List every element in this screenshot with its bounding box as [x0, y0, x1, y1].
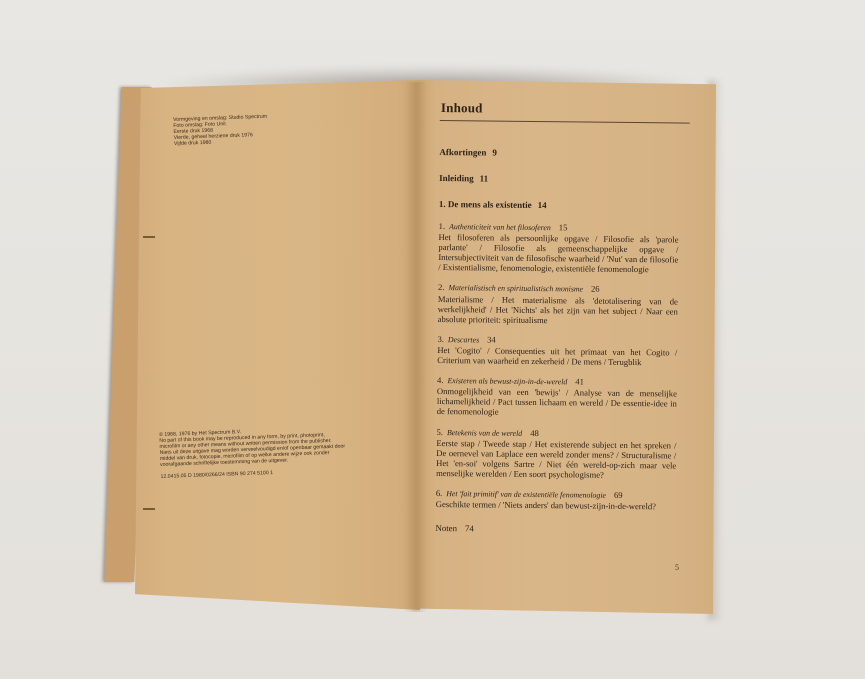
open-book: Vormgeving en omslag: Studio Spectrum Fo…: [0, 0, 865, 679]
section-summary: Het 'Cogito' / Consequenties uit het pri…: [437, 345, 677, 367]
binding-stitch: [143, 236, 155, 238]
section-summary: Het filosoferen als persoonlijke opgave …: [438, 232, 678, 274]
section-summary: Geschikte termen / 'Niets anders' dan be…: [436, 499, 656, 511]
colophon-credits: Vormgeving en omslag: Studio Spectrum Fo…: [173, 114, 268, 148]
toc-section: 6.Het 'fait primitif' van de existentiël…: [436, 488, 676, 512]
toc-section: 1.Authenticiteit van het filosoferen15 H…: [438, 221, 679, 275]
toc-chapter: 1. De mens als existentie14: [439, 199, 679, 212]
section-summary: Eerste stap / Tweede stap / Het existere…: [436, 438, 676, 480]
toc-page: 9: [492, 148, 497, 158]
section-title: Betekenis van de wereld: [447, 428, 522, 438]
toc-section: 5.Betekenis van de wereld48 Eerste stap …: [436, 426, 677, 480]
section-page: 48: [530, 427, 539, 437]
section-title: Existeren als bewust-zijn-in-de-wereld: [447, 376, 567, 386]
section-page: 15: [559, 222, 568, 232]
toc-section: 4.Existeren als bewust-zijn-in-de-wereld…: [437, 375, 677, 419]
toc-label: Inleiding: [439, 173, 474, 183]
title-rule: [440, 120, 690, 124]
page-number: 5: [675, 563, 679, 572]
section-page: 41: [575, 377, 584, 387]
toc-page: 74: [465, 523, 474, 533]
section-title: Authenticiteit van het filosoferen: [449, 222, 551, 232]
toc-section: 3.Descartes34 Het 'Cogito' / Consequenti…: [437, 334, 677, 368]
table-of-contents: Inhoud Afkortingen9 Inleiding11 1. De me…: [435, 100, 680, 536]
section-page: 26: [591, 284, 600, 294]
left-page: [135, 80, 420, 610]
toc-page: 11: [480, 173, 489, 183]
toc-title: Inhoud: [441, 100, 680, 119]
section-title: Het 'fait primitif' van de existentiële …: [446, 489, 606, 500]
toc-front-matter: Afkortingen9: [439, 147, 679, 160]
section-title: Materialistisch en spiritualistisch moni…: [448, 284, 583, 294]
toc-front-matter: Inleiding11: [439, 173, 679, 186]
section-page: 34: [487, 334, 496, 344]
book-gutter: [405, 82, 427, 612]
section-summary: Materialisme / Het materialisme als 'det…: [438, 294, 678, 325]
toc-page: 14: [538, 200, 547, 210]
show-through-text: [299, 150, 311, 194]
toc-label: Afkortingen: [439, 147, 486, 157]
toc-label: 1. De mens als existentie: [439, 199, 532, 210]
toc-label: Noten: [435, 523, 457, 533]
copyright-block: © 1968, 1976 by Het Spectrum B.V. No par…: [159, 426, 346, 480]
section-title: Descartes: [448, 335, 479, 344]
section-summary: Onmogelijkheid van een 'bewijs' / Analys…: [437, 386, 677, 417]
section-page: 69: [614, 490, 623, 500]
toc-section: 2.Materialistisch en spiritualistisch mo…: [438, 282, 678, 326]
binding-stitch: [143, 508, 155, 510]
